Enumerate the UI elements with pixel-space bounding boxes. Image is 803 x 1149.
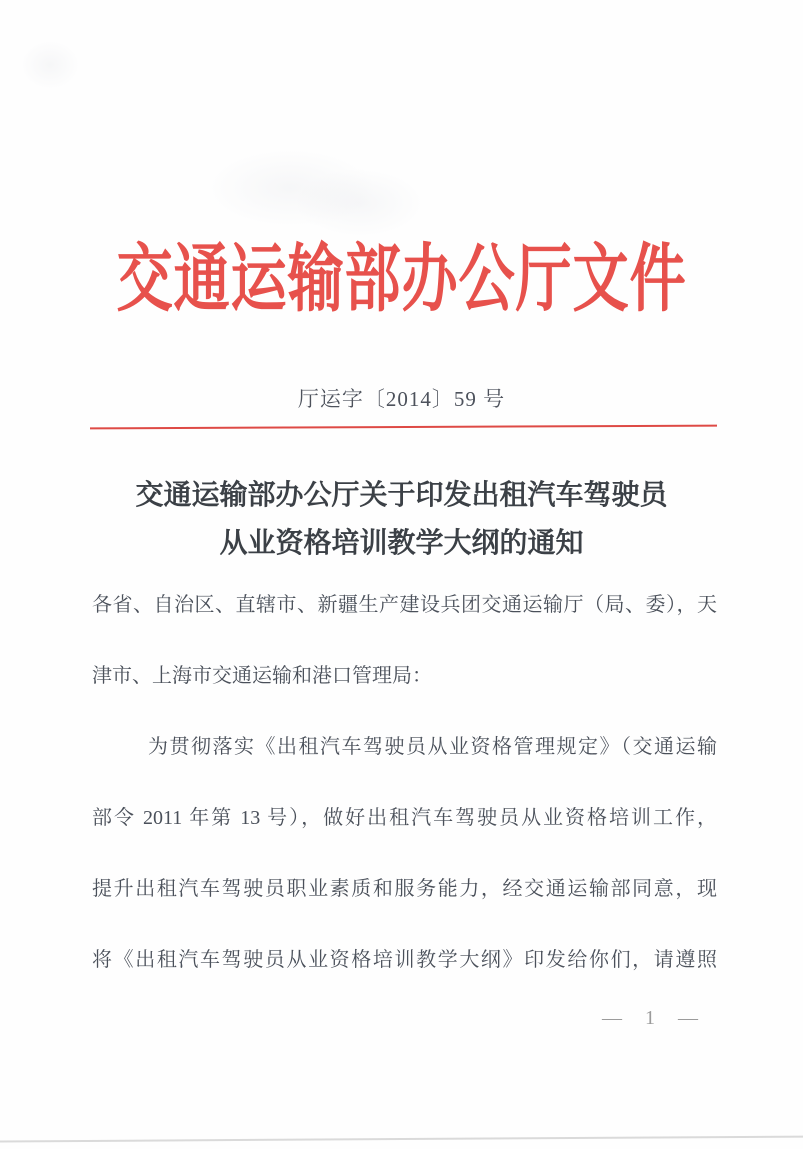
body-line: 将《出租汽车驾驶员从业资格培训教学大纲》印发给你们，请遵照 xyxy=(92,925,717,996)
document-number: 厅运字〔2014〕59 号 xyxy=(0,383,803,413)
notice-title-line1: 交通运输部办公厅关于印发出租汽车驾驶员 xyxy=(0,472,803,520)
scan-edge-line xyxy=(0,1136,803,1143)
scan-bleedthrough-artifact xyxy=(205,148,375,228)
notice-title: 交通运输部办公厅关于印发出租汽车驾驶员 从业资格培训教学大纲的通知 xyxy=(0,472,803,568)
salutation-line: 各省、自治区、直辖市、新疆生产建设兵团交通运输厅（局、委），天 xyxy=(92,570,717,641)
scan-bleedthrough-artifact xyxy=(20,40,80,90)
page-number: — 1 — xyxy=(602,1007,707,1030)
masthead-title: 交通运输部办公厅文件 xyxy=(96,220,706,326)
red-divider-rule xyxy=(90,425,717,430)
notice-title-line2: 从业资格培训教学大纲的通知 xyxy=(0,520,803,568)
body-line: 部令 2011 年第 13 号），做好出租汽车驾驶员从业资格培训工作， xyxy=(92,783,717,854)
document-body: 各省、自治区、直辖市、新疆生产建设兵团交通运输厅（局、委），天 津市、上海市交通… xyxy=(92,570,717,996)
salutation-line: 津市、上海市交通运输和港口管理局： xyxy=(92,641,717,712)
scanned-document-page: 交通运输部办公厅文件 厅运字〔2014〕59 号 交通运输部办公厅关于印发出租汽… xyxy=(0,0,803,1149)
body-line: 为贯彻落实《出租汽车驾驶员从业资格管理规定》（交通运输 xyxy=(92,712,717,783)
body-line: 提升出租汽车驾驶员职业素质和服务能力，经交通运输部同意，现 xyxy=(92,854,717,925)
